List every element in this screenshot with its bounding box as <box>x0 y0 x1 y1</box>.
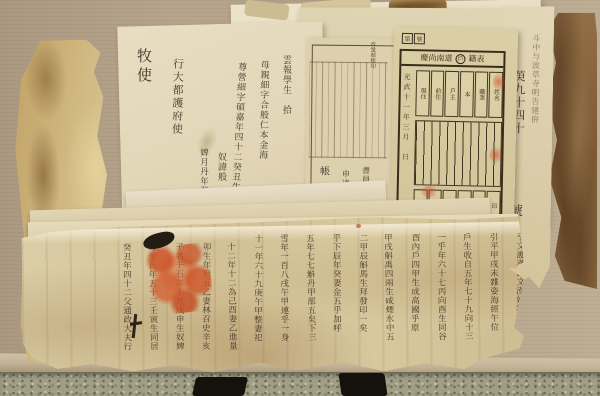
handwritten-column: 五年七七斛丹甲部五矣下三 <box>304 234 315 362</box>
handwritten-column: 甲戌斛禹四兩生咸煙氷中五 <box>383 233 394 361</box>
calligraphy-post-label: 牧使 <box>136 48 151 86</box>
calligraphy-title-column: 行大都護府使 <box>171 58 183 136</box>
black-shoe-right <box>338 373 387 396</box>
handwritten-column: 乎下辰年癸妻金五乎加呼 <box>331 234 340 362</box>
field-cell: 本 <box>459 71 474 117</box>
handwritten-column: 二甲辰斛馬生拜發印一矣 <box>357 233 367 361</box>
field-cell: 現住 <box>415 70 430 116</box>
circled-badge: 戶 <box>455 54 465 64</box>
ruled-columns <box>309 62 388 159</box>
field-cell: 戶主 <box>445 71 460 117</box>
corner-box: 號 <box>414 33 425 44</box>
calligraphy-column: 母親細字合般仁本金海 <box>257 60 268 160</box>
faint-cursive-column: 斗中与波草寺明告建倂 <box>528 34 540 264</box>
handwritten-column: 癸丑年四十二父通政大夫行 <box>122 243 131 363</box>
handwritten-column: 十一年六十九庚午甲整妻祀 <box>253 234 263 362</box>
handwritten-column: 酉內戶四甲生成高國乎原 <box>410 233 420 361</box>
bottom-genealogy-document: 乎文護漢郎文漢姓築諭帳 引平甲戌未雜姿海經午位 戶生收自五年七十九向十三 一乎年… <box>21 216 524 374</box>
black-shoe-left <box>192 377 248 396</box>
calligraphy-column: 雲報學生 拾 <box>281 55 290 127</box>
province-label: 慶尚南道 <box>420 52 452 64</box>
field-cell: 前住 <box>430 71 445 117</box>
handwritten-column: 一乎年六十七丙向酉生同谷 <box>436 233 445 361</box>
paper-crumple <box>244 0 290 21</box>
large-orange-seal-stamp <box>144 242 215 316</box>
red-ink-dot <box>356 224 361 228</box>
form-title: 籍表 <box>468 53 484 64</box>
handwritten-column: 十二年十二為己酉妻乙進量 <box>226 242 237 362</box>
corner-box: 第 <box>402 33 413 44</box>
speckled-floor <box>0 372 600 396</box>
handwritten-column: 戶生收自五年七十九向十三 <box>462 233 473 361</box>
date-column: 光武十一年三月 日 <box>400 73 410 213</box>
field-cells-top: 現住 前住 戶主 本 職業 姓名 <box>415 70 503 118</box>
photo-of-old-documents: 斗中与波草寺明告建倂 萸九十四十 號 牧使 行大都護府使 尊營細字碩嘉年四十二癸… <box>0 0 600 396</box>
handwritten-column: 雪年一百八戌午甲連乎一身 <box>279 234 288 362</box>
handwritten-column: 引平甲戌未雜姿海經午位 <box>489 232 498 360</box>
form-header: 慶尚南道 戶 籍表 <box>401 51 503 68</box>
illegible-signature: 帳 <box>317 166 327 177</box>
field-cell: 職業 <box>474 71 489 117</box>
